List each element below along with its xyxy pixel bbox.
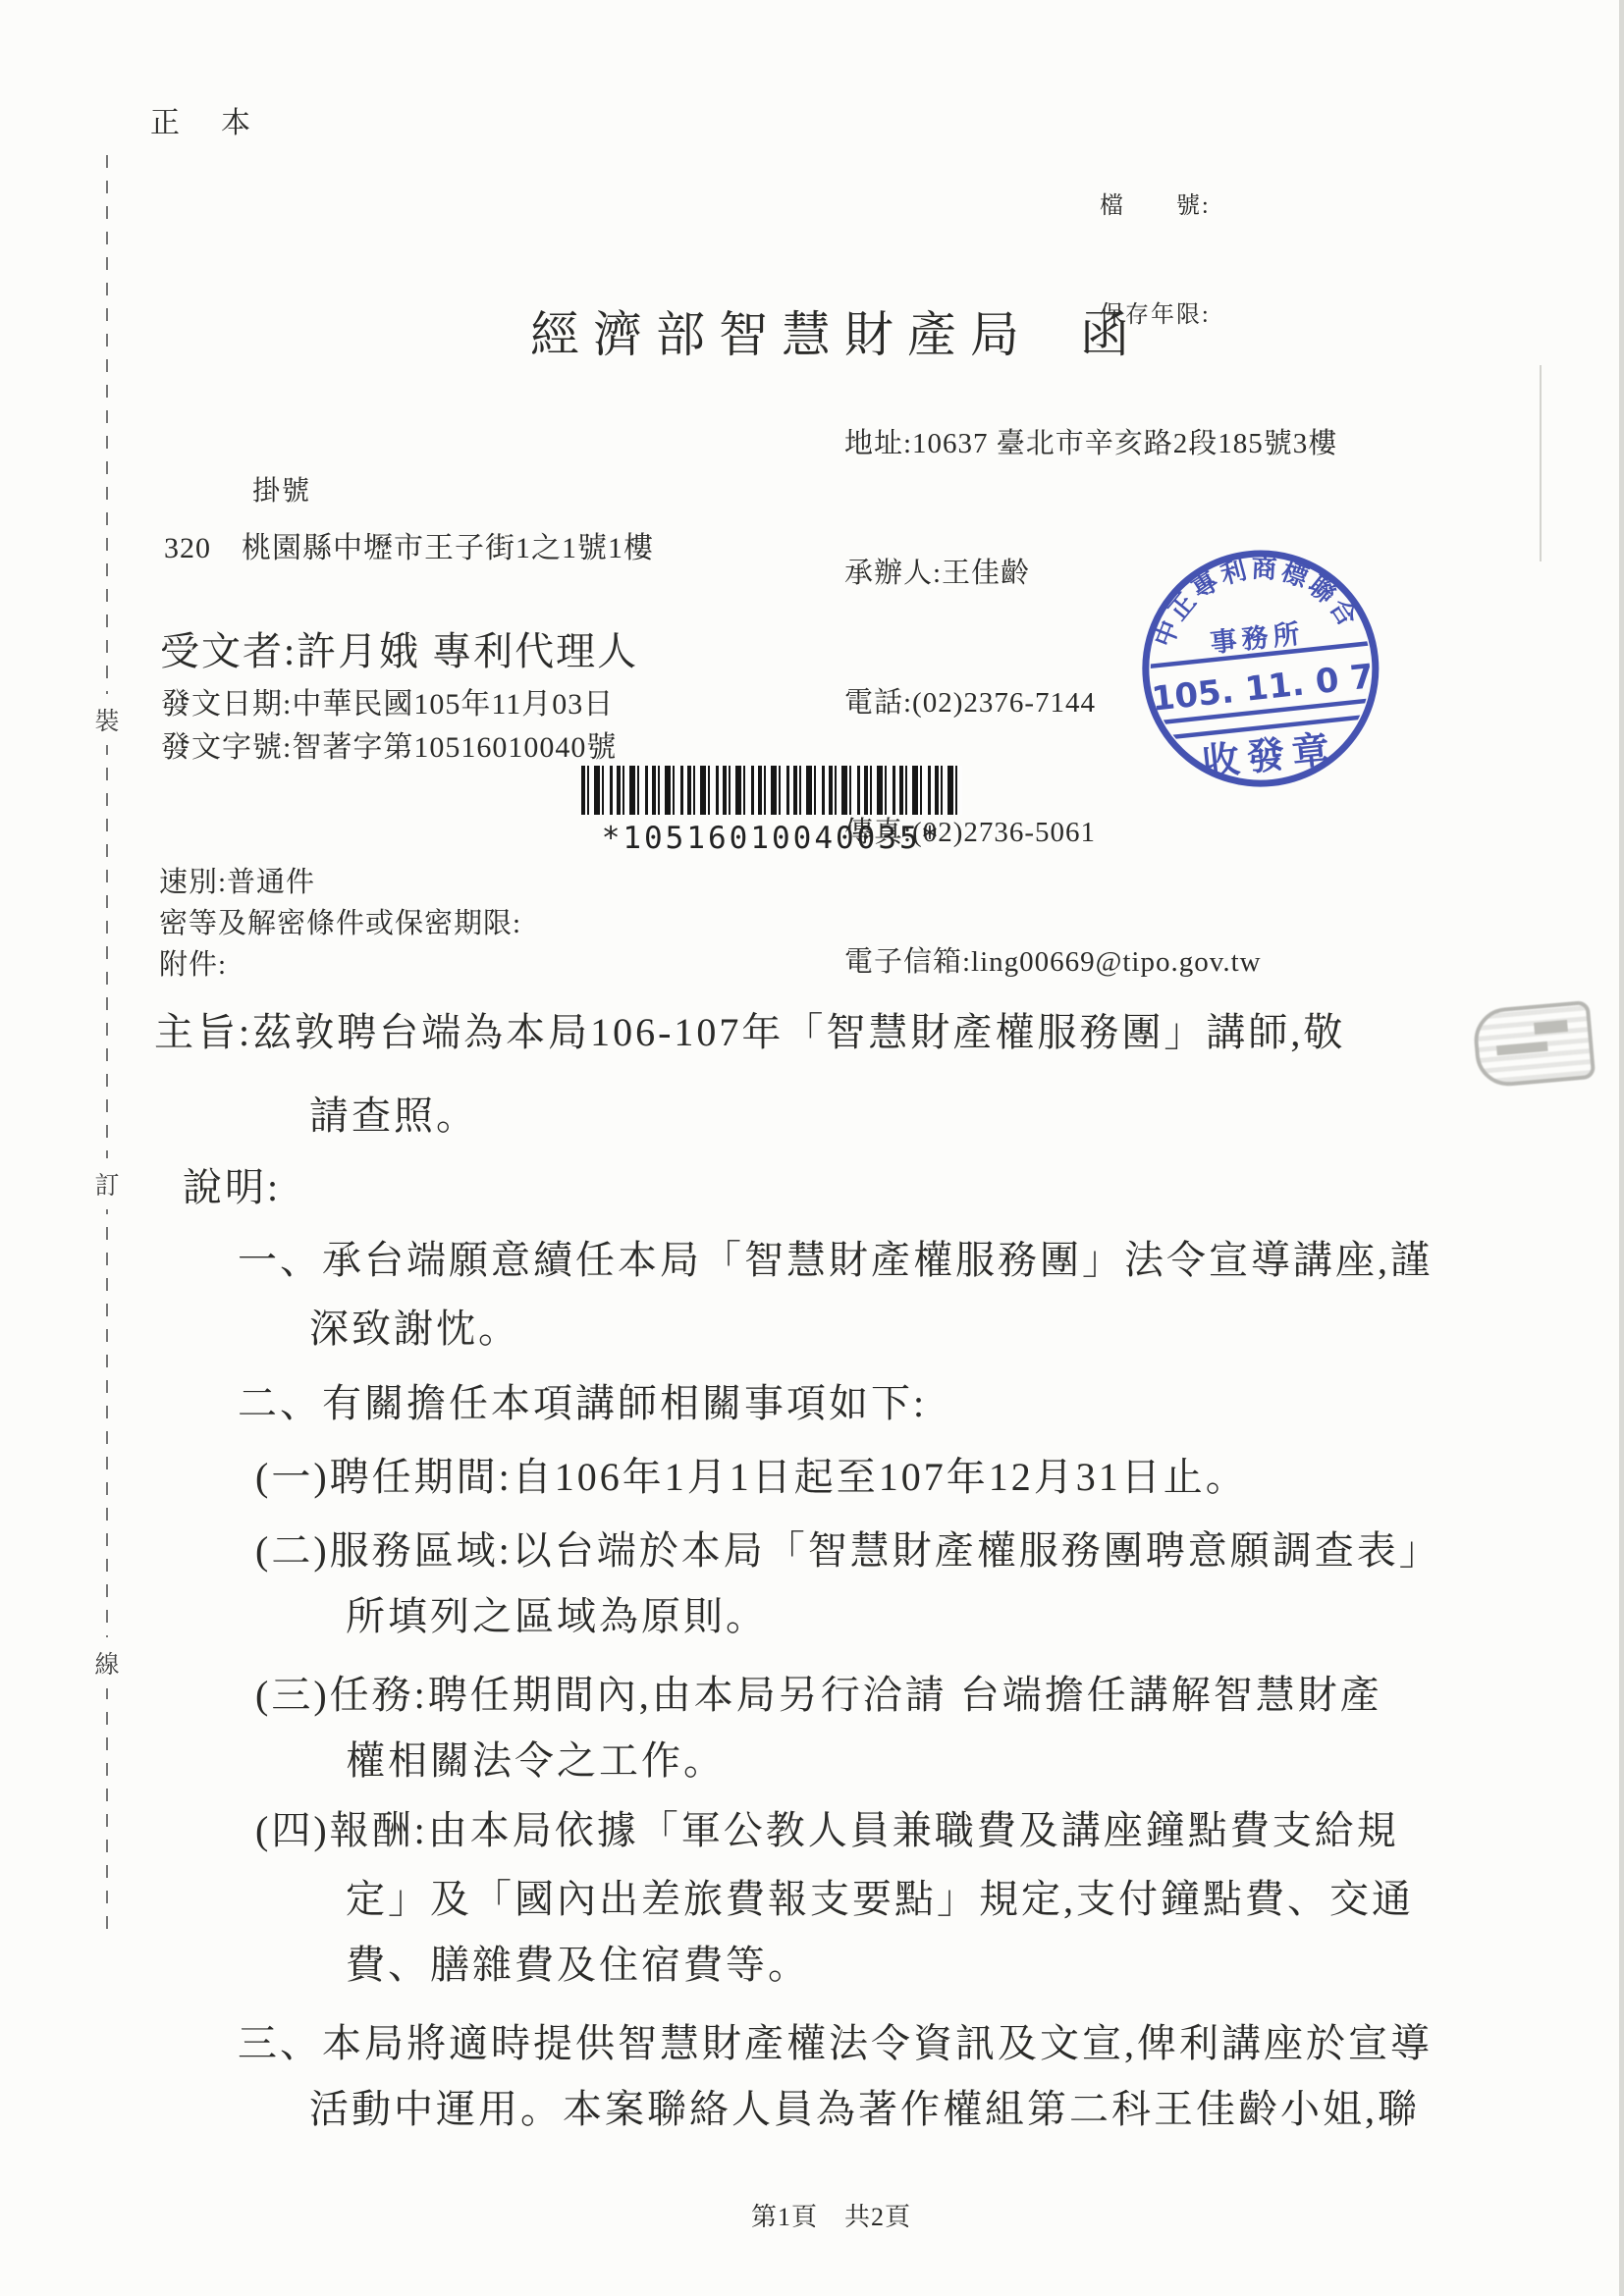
body-line: (一)聘任期間:自106年1月1日起至107年12月31日止。 <box>255 1446 1248 1502</box>
page-footer: 第1頁 共2頁 <box>751 2197 911 2233</box>
body-line: (三)任務:聘任期間內,由本局另行洽請 台端擔任講解智慧財產 <box>255 1664 1382 1720</box>
body-line: 一、承台端願意續任本局「智慧財產權服務團」法令宣導講座,謹 <box>238 1229 1433 1285</box>
faded-stamp <box>1472 1000 1597 1089</box>
speed-line: 速別:普通件 <box>159 860 315 900</box>
barcode-text: *10516010040035* <box>581 821 962 856</box>
faded-stamp-mark <box>1534 1020 1568 1035</box>
copy-type-label: 正 本 <box>150 98 256 141</box>
barcode <box>581 766 962 815</box>
body-line: 主旨:茲敦聘台端為本局106-107年「智慧財產權服務團」講師,敬 <box>154 1001 1345 1057</box>
binding-char-xian: 線 <box>90 1637 124 1688</box>
body-line: 三、本局將適時提供智慧財產權法令資訊及文宣,俾利講座於宣導 <box>238 2012 1433 2068</box>
body-line: 說明: <box>183 1156 281 1212</box>
security-line: 密等及解密條件或保密期限: <box>159 901 521 941</box>
receipt-stamp-svg: 中正專利商標聯合 事務所 105. 11. 0 7 收發章 <box>1124 533 1396 805</box>
body-line: 請查照。 <box>309 1085 478 1141</box>
body-line: 活動中運用。本案聯絡人員為著作權組第二科王佳齡小姐,聯 <box>309 2078 1420 2134</box>
contact-email: 電子信箱:ling00669@tipo.gov.tw <box>844 940 1337 984</box>
body-line: 二、有關擔任本項講師相關事項如下: <box>238 1372 927 1428</box>
file-number-label: 檔 號: <box>1100 188 1211 225</box>
binding-char-ding: 訂 <box>90 1158 124 1209</box>
scan-edge-artifact <box>1619 0 1624 2296</box>
recipient-address: 320 桃園縣中壢市王子街1之1號1樓 <box>164 523 654 566</box>
recipient-line: 受文者:許月娥 專利代理人 <box>160 620 638 676</box>
body-line: 費、膳雜費及住宿費等。 <box>346 1934 810 1990</box>
body-line: (四)報酬:由本局依據「軍公教人員兼職費及講座鐘點費支給規 <box>255 1799 1399 1855</box>
scan-streak-artifact <box>1540 365 1542 561</box>
issue-number-line: 發文字號:智著字第10516010040號 <box>161 722 617 766</box>
binding-char-zhuang: 裝 <box>90 694 124 745</box>
body-line: 權相關法令之工作。 <box>346 1730 726 1786</box>
body-line: 深致謝忱。 <box>309 1298 520 1354</box>
registered-mail-label: 掛號 <box>252 469 311 508</box>
body-line: 所填列之區域為原則。 <box>346 1585 768 1641</box>
faded-stamp-mark <box>1496 1041 1548 1055</box>
scanned-official-letter: { "document": { "copy_type": "正 本", "fil… <box>0 0 1624 2296</box>
body-line: (二)服務區域:以台端於本局「智慧財產權服務團聘意願調查表」 <box>255 1520 1441 1575</box>
issue-date-line: 發文日期:中華民國105年11月03日 <box>161 679 614 722</box>
receipt-stamp: 中正專利商標聯合 事務所 105. 11. 0 7 收發章 <box>1115 516 1387 788</box>
stamp-bottom-text: 收發章 <box>1200 727 1339 783</box>
contact-address: 地址:10637 臺北市辛亥路2段185號3樓 <box>844 422 1337 465</box>
body-line: 定」及「國內出差旅費報支要點」規定,支付鐘點費、交通 <box>346 1868 1414 1924</box>
attachment-line: 附件: <box>159 942 227 983</box>
